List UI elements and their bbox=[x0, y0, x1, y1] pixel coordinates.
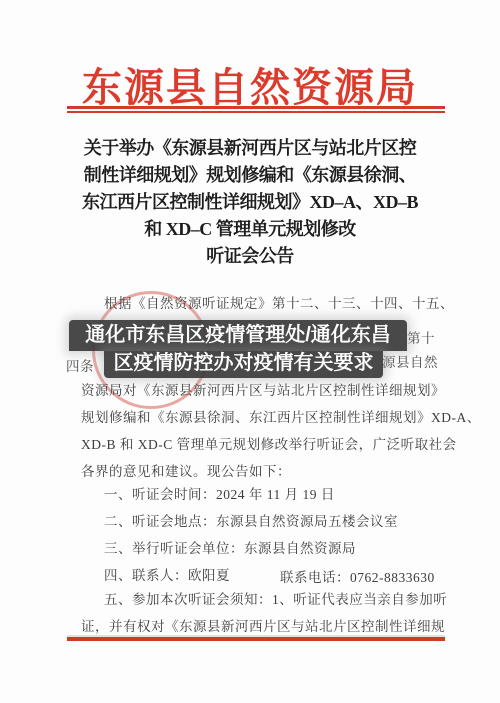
hearing-host-line: 三、举行听证会单位：东源县自然资源局 bbox=[104, 539, 356, 559]
letterhead-divider bbox=[67, 106, 445, 113]
obscured-text-fragment-right-lower: 源县自然 bbox=[382, 351, 438, 371]
hearing-place-line: 二、听证会地点：东源县自然资源局五楼会议室 bbox=[104, 512, 398, 532]
obscured-text-fragment-left-lower: 四条 bbox=[66, 355, 94, 375]
notice-title-line-4: 和 XD–C 管理单元规划修改 bbox=[0, 216, 500, 243]
obscured-text-fragment-right-upper: 第十 bbox=[407, 327, 435, 347]
body-line: 规划修编和《东源县徐洞、东江西片区控制性详细规划》XD-A、 bbox=[81, 408, 481, 428]
document-page: 东源县自然资源局 关于举办《东源县新河西片区与站北片区控 制性详细规划》规划修编… bbox=[0, 0, 500, 703]
caption-overlay-line-2: 区疫情防控办对疫情有关要求 bbox=[104, 351, 383, 378]
notice-title: 关于举办《东源县新河西片区与站北片区控 制性详细规划》规划修编和《东源县徐洞、 … bbox=[0, 135, 500, 270]
notice-title-line-1: 关于举办《东源县新河西片区与站北片区控 bbox=[0, 135, 500, 162]
body-line-opening: 根据《自然资源听证规定》第十二、十三、十四、十五、 bbox=[104, 294, 454, 314]
notice-title-line-5: 听证会公告 bbox=[0, 243, 500, 270]
body-line: 证，并有权对《东源县新河西片区与站北片区控制性详细规 bbox=[81, 617, 445, 637]
contact-phone: 联系电话：0762-8833630 bbox=[280, 566, 435, 586]
notice-item-line: 五、参加本次听证会须知：1、听证代表应当亲自参加听 bbox=[104, 590, 447, 610]
hearing-time-line: 一、听证会时间：2024 年 11 月 19 日 bbox=[104, 485, 335, 505]
caption-overlay-line-1: 通化市东昌区疫情管理处/通化东昌 bbox=[69, 320, 407, 351]
contact-person: 四、联系人：欧阳夏 bbox=[104, 566, 230, 586]
agency-letterhead: 东源县自然资源局 bbox=[0, 56, 500, 113]
body-line: XD-B 和 XD-C 管理单元规划修改举行听证会，广泛听取社会 bbox=[81, 435, 457, 455]
body-line: 各界的意见和建议。现公告如下： bbox=[81, 462, 291, 482]
notice-title-line-2: 制性详细规划》规划修编和《东源县徐洞、 bbox=[0, 162, 500, 189]
body-line: 资源局对《东源县新河西片区与站北片区控制性详细规划》 bbox=[81, 381, 445, 401]
footer-divider bbox=[67, 637, 445, 641]
notice-title-line-3: 东江西片区控制性详细规划》XD–A、XD–B bbox=[0, 189, 500, 216]
